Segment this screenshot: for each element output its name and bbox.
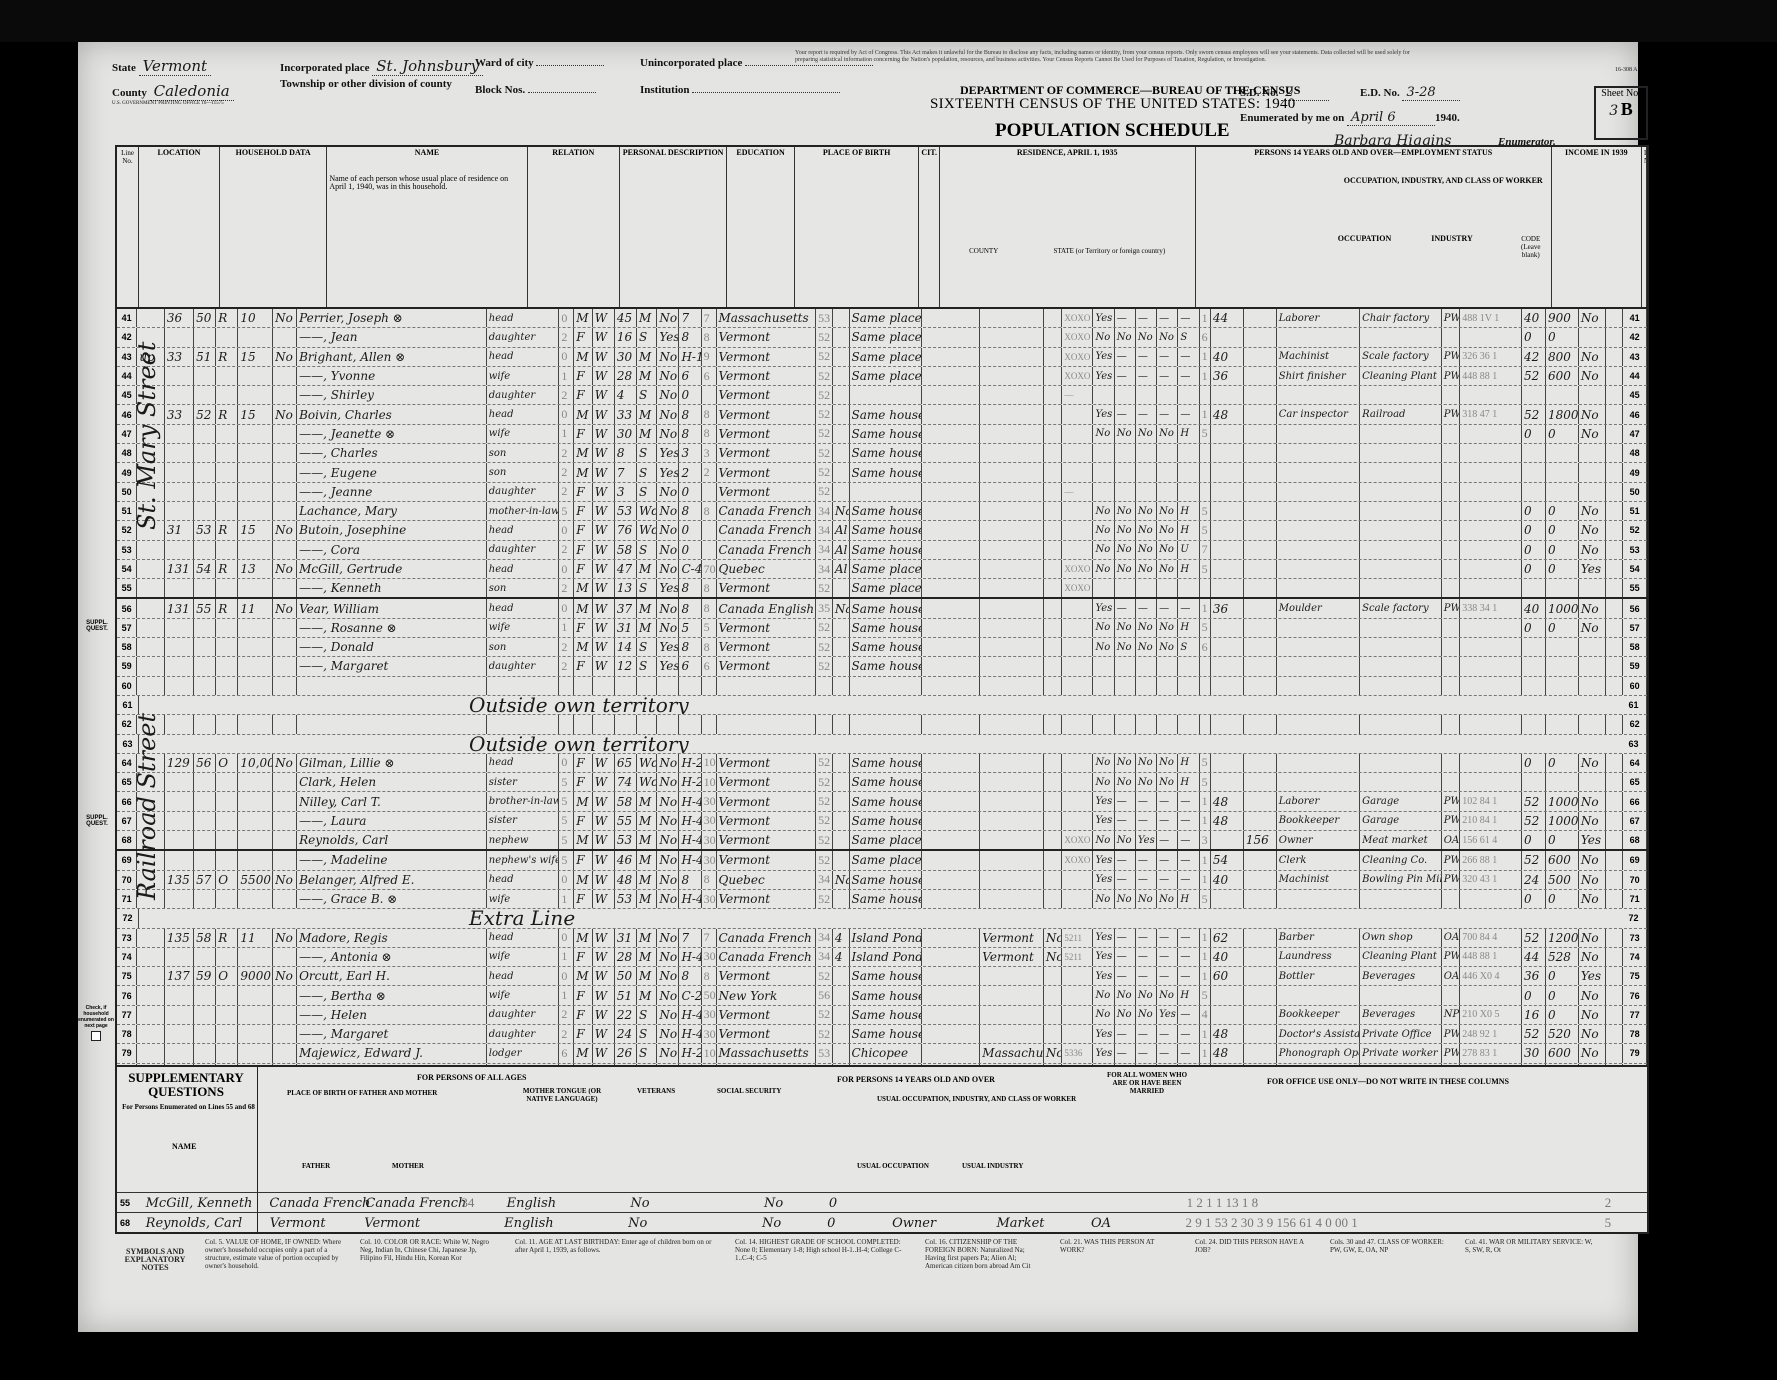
at-work: Yes — [1093, 367, 1114, 385]
age: 26 — [615, 1044, 637, 1062]
enumerated-label: Enumerated by me on — [1240, 112, 1344, 124]
sex: M — [574, 463, 593, 481]
checkbox[interactable] — [91, 1031, 101, 1041]
place-of-birth: Vermont — [717, 619, 817, 637]
education-code: 30 — [702, 812, 717, 830]
citizenship: Na — [833, 502, 850, 520]
residence-code — [1062, 967, 1093, 985]
supplementary-title: SUPPLEMENTARY QUESTIONS — [121, 1071, 251, 1099]
attended-school: No — [657, 521, 679, 539]
county-field: County Caledonia — [112, 82, 234, 101]
relation: head — [487, 871, 560, 889]
race: W — [593, 599, 615, 617]
marital-status: M — [637, 560, 657, 578]
mother-birthplace: Canada French — [362, 1196, 458, 1211]
seeking-work: — — [1136, 812, 1157, 830]
home-value — [238, 792, 273, 810]
household-number — [194, 328, 216, 346]
has-job: — — [1157, 851, 1178, 869]
relation-code: 2 — [559, 483, 574, 501]
table-row: 57——, Rosanne ⊗wife1FW31MNo55Vermont52Sa… — [117, 619, 1647, 638]
activity: S — [1178, 328, 1199, 346]
residence-county — [922, 541, 980, 559]
class-of-worker — [1442, 638, 1461, 656]
citizenship — [833, 348, 850, 366]
income: 1800 — [1546, 405, 1579, 423]
residence-city — [850, 677, 923, 695]
marital-status: S — [637, 444, 657, 462]
occupation-code: 338 34 1 — [1460, 599, 1522, 617]
note-col16: Col. 16. CITIZENSHIP OF THE FOREIGN BORN… — [925, 1238, 1045, 1270]
at-work: Yes — [1093, 1044, 1114, 1062]
residence-state — [980, 541, 1044, 559]
seeking-work: — — [1136, 851, 1157, 869]
household-number — [194, 367, 216, 385]
race: W — [593, 773, 615, 791]
race: W — [593, 348, 615, 366]
farm-schedule — [1606, 425, 1623, 443]
hdr-parents: PLACE OF BIRTH OF FATHER AND MOTHER — [287, 1089, 437, 1097]
age — [615, 715, 637, 733]
at-work: No — [1093, 638, 1114, 656]
weeks-worked: 52 — [1522, 851, 1546, 869]
household-continued-check[interactable]: Check, if household enumerated on next p… — [78, 1005, 114, 1043]
employment-code: 1 — [1200, 929, 1211, 947]
other-income — [1579, 463, 1607, 481]
line-number-right: 57 — [1623, 619, 1647, 637]
line-number: 53 — [117, 541, 137, 559]
at-work — [1093, 463, 1114, 481]
sheet-number-box: Sheet No. 3 B — [1594, 86, 1648, 140]
attended-school: No — [657, 967, 679, 985]
home-value — [238, 579, 273, 597]
social-security: No — [761, 1196, 826, 1211]
hdr-veterans: VETERANS — [637, 1087, 675, 1095]
place-of-birth: Vermont — [717, 405, 817, 423]
residence-state — [980, 715, 1044, 733]
residence-city: Same place — [850, 579, 923, 597]
highest-grade: 0 — [679, 521, 701, 539]
unemployment-duration: 156 — [1244, 831, 1277, 849]
annotation-note: Extra Line — [139, 909, 1621, 927]
line-number-right: 48 — [1623, 444, 1647, 462]
birth-code: 53 — [816, 309, 833, 327]
age: 16 — [615, 328, 637, 346]
owned-rented — [216, 677, 238, 695]
home-value — [238, 619, 273, 637]
occupation-code — [1460, 328, 1522, 346]
activity: — — [1178, 967, 1199, 985]
occupation: Laundress — [1277, 948, 1360, 966]
household-number — [194, 773, 216, 791]
marital-status: S — [637, 328, 657, 346]
industry — [1360, 483, 1442, 501]
highest-grade — [679, 715, 701, 733]
income — [1546, 657, 1579, 675]
farm-schedule — [1606, 579, 1623, 597]
occupation — [1277, 425, 1360, 443]
other-income: No — [1579, 851, 1607, 869]
street — [137, 986, 165, 1004]
occupation-code: 448 88 1 — [1460, 948, 1522, 966]
table-row: 72Extra Line72 — [117, 909, 1647, 928]
residence-code: XOXO — [1062, 367, 1093, 385]
table-row: 43up3351R15NoBrighant, Allen ⊗head0MW30M… — [117, 348, 1647, 367]
weeks-worked: 52 — [1522, 367, 1546, 385]
residence-county — [922, 967, 980, 985]
weeks-worked: 30 — [1522, 1044, 1546, 1062]
class-of-worker: PW — [1442, 812, 1461, 830]
activity — [1178, 579, 1199, 597]
residence-code: XOXO — [1062, 328, 1093, 346]
residence-county — [922, 1006, 980, 1024]
residence-county — [922, 1044, 980, 1062]
farm-residence — [273, 502, 297, 520]
household-number — [194, 677, 216, 695]
office-z: 5 — [1602, 1215, 1647, 1231]
household-number — [194, 619, 216, 637]
house-number: 137 — [165, 967, 194, 985]
household-number: 54 — [194, 560, 216, 578]
relation: head — [487, 929, 560, 947]
race: W — [593, 405, 615, 423]
house-number: 31 — [165, 521, 194, 539]
note-col21: Col. 21. WAS THIS PERSON AT WORK? — [1060, 1238, 1180, 1254]
col-name: NAME — [172, 1142, 196, 1151]
residence-county — [922, 405, 980, 423]
place-of-birth: Vermont — [717, 328, 817, 346]
residence-farm — [1044, 812, 1063, 830]
occupation — [1277, 560, 1360, 578]
citizenship — [833, 715, 850, 733]
occupation — [1277, 715, 1360, 733]
residence-code: XOXO — [1062, 560, 1093, 578]
farm-schedule — [1606, 890, 1623, 908]
residence-code: 5211 — [1062, 929, 1093, 947]
hours-worked — [1211, 579, 1244, 597]
relation: son — [487, 638, 560, 656]
home-value — [238, 328, 273, 346]
home-value — [238, 715, 273, 733]
farm-residence: No — [273, 405, 297, 423]
residence-header: RESIDENCE, APRIL 1, 1935 — [942, 149, 1193, 157]
house-number — [165, 677, 194, 695]
has-job: — — [1157, 967, 1178, 985]
income — [1546, 677, 1579, 695]
unemployment-duration — [1244, 386, 1277, 404]
line-number-right: 66 — [1623, 792, 1647, 810]
line-number-right: 62 — [1623, 715, 1647, 733]
education-code: 30 — [702, 948, 717, 966]
education-code: 10 — [702, 1044, 717, 1062]
place-of-birth: Vermont — [717, 483, 817, 501]
block-field: Block Nos. — [475, 84, 596, 96]
attended-school: No — [657, 1025, 679, 1043]
income: 1000 — [1546, 599, 1579, 617]
relation-code — [559, 715, 574, 733]
relation-code: 6 — [559, 1044, 574, 1062]
race: W — [593, 502, 615, 520]
citizenship: 4 — [833, 948, 850, 966]
residence-code: XOXO — [1062, 579, 1093, 597]
line-number-right: 74 — [1623, 948, 1647, 966]
birth-code: 52 — [816, 831, 833, 849]
owned-rented — [216, 851, 238, 869]
employment-code: 1 — [1200, 599, 1211, 617]
has-job: — — [1157, 348, 1178, 366]
household-number: 56 — [194, 754, 216, 772]
hours-worked: 36 — [1211, 367, 1244, 385]
education-code: 8 — [702, 328, 717, 346]
attended-school: No — [657, 502, 679, 520]
occupation-code — [1460, 677, 1522, 695]
public-work: — — [1115, 1044, 1136, 1062]
class-of-worker: PW — [1442, 871, 1461, 889]
seeking-work: — — [1136, 309, 1157, 327]
occupation-code — [1460, 579, 1522, 597]
residence-county — [922, 1025, 980, 1043]
occupation-code: 488 1V 1 — [1460, 309, 1522, 327]
marital-status: M — [637, 986, 657, 1004]
household-number — [194, 890, 216, 908]
seeking-work: No — [1136, 560, 1157, 578]
occupation — [1277, 638, 1360, 656]
sheet-number: 3 — [1609, 103, 1618, 119]
line-number-right: 52 — [1623, 521, 1647, 539]
occupation: Shirt finisher — [1277, 367, 1360, 385]
activity: — — [1178, 348, 1199, 366]
attended-school: No — [657, 851, 679, 869]
person-name: ——, Grace B. ⊗ — [297, 890, 487, 908]
line-number-right: 55 — [1623, 579, 1647, 597]
education-code: 7 — [702, 309, 717, 327]
explanatory-notes: SYMBOLS AND EXPLANATORY NOTES Col. 5. VA… — [115, 1238, 1645, 1308]
occupation — [1277, 483, 1360, 501]
citizenship — [833, 773, 850, 791]
activity: H — [1178, 986, 1199, 1004]
seeking-work: No — [1136, 754, 1157, 772]
unemployment-duration — [1244, 929, 1277, 947]
office-z: 2 — [1602, 1195, 1647, 1211]
residence-city: Same place — [850, 309, 923, 327]
sex: F — [574, 890, 593, 908]
occupation-code — [1460, 657, 1522, 675]
race: W — [593, 560, 615, 578]
owned-rented — [216, 1006, 238, 1024]
other-income — [1579, 579, 1607, 597]
person-name: Gilman, Lillie ⊗ — [297, 754, 487, 772]
unemployment-duration — [1244, 1025, 1277, 1043]
at-work — [1093, 715, 1114, 733]
income: 600 — [1546, 851, 1579, 869]
seeking-work — [1136, 677, 1157, 695]
farm-schedule — [1606, 831, 1623, 849]
employment-code: 1 — [1200, 405, 1211, 423]
occupation — [1277, 463, 1360, 481]
place-of-birth: Vermont — [717, 773, 817, 791]
occupation-code — [1460, 502, 1522, 520]
occupation: Doctor's Assistant — [1277, 1025, 1360, 1043]
seeking-work — [1136, 657, 1157, 675]
age: 4 — [615, 386, 637, 404]
highest-grade: 6 — [679, 367, 701, 385]
unemployment-duration — [1244, 328, 1277, 346]
public-work: No — [1115, 541, 1136, 559]
income: 0 — [1546, 541, 1579, 559]
citizenship — [833, 831, 850, 849]
house-number — [165, 715, 194, 733]
residence-state — [980, 619, 1044, 637]
owned-rented — [216, 890, 238, 908]
table-row: 61Outside own territory61 — [117, 696, 1647, 715]
birth-code: 34 — [816, 929, 833, 947]
owned-rented: O — [216, 871, 238, 889]
has-job — [1157, 463, 1178, 481]
age: 58 — [615, 541, 637, 559]
residence-state — [980, 831, 1044, 849]
household-number — [194, 483, 216, 501]
house-number — [165, 483, 194, 501]
farm-schedule — [1606, 502, 1623, 520]
education-code — [702, 483, 717, 501]
has-job: — — [1157, 831, 1178, 849]
at-work: No — [1093, 328, 1114, 346]
house-number — [165, 831, 194, 849]
employment-code — [1200, 483, 1211, 501]
residence-code — [1062, 405, 1093, 423]
residence-city — [850, 715, 923, 733]
person-name: ——, Charles — [297, 444, 487, 462]
line-number: 59 — [117, 657, 137, 675]
farm-schedule — [1606, 754, 1623, 772]
farm-residence — [273, 619, 297, 637]
line-number: 77 — [117, 1006, 137, 1024]
household-number — [194, 1006, 216, 1024]
has-job: — — [1157, 1044, 1178, 1062]
population-table: Line No. LOCATION HOUSEHOLD DATA NAMENam… — [115, 145, 1649, 1085]
occupation-code: 248 92 1 — [1460, 1025, 1522, 1043]
seeking-work: — — [1136, 367, 1157, 385]
birth-code — [816, 715, 833, 733]
residence-state — [980, 871, 1044, 889]
owned-rented — [216, 425, 238, 443]
citizenship — [833, 444, 850, 462]
hours-worked: 60 — [1211, 967, 1244, 985]
public-work: — — [1115, 967, 1136, 985]
education-code — [702, 541, 717, 559]
farm-schedule — [1606, 1025, 1623, 1043]
citizenship — [833, 986, 850, 1004]
marital-status: M — [637, 792, 657, 810]
occupation-code: 700 84 4 — [1460, 929, 1522, 947]
age: 8 — [615, 444, 637, 462]
unemployment-duration — [1244, 348, 1277, 366]
other-income: No — [1579, 348, 1607, 366]
weeks-worked: 52 — [1522, 812, 1546, 830]
relation-code: 0 — [559, 929, 574, 947]
farm-schedule — [1606, 386, 1623, 404]
education-code: 30 — [702, 1025, 717, 1043]
race: W — [593, 579, 615, 597]
occupation — [1277, 773, 1360, 791]
has-job — [1157, 579, 1178, 597]
occupation-code: 266 88 1 — [1460, 851, 1522, 869]
marital-status: Wd — [637, 754, 657, 772]
residence-state — [980, 521, 1044, 539]
farm-schedule — [1606, 367, 1623, 385]
incorporated-place-field: Incorporated place St. Johnsbury — [280, 57, 483, 76]
has-job: No — [1157, 619, 1178, 637]
home-value — [238, 986, 273, 1004]
age: 74 — [615, 773, 637, 791]
residence-code: 5336 — [1062, 1044, 1093, 1062]
residence-code: XOXO — [1062, 348, 1093, 366]
hdr-14: FOR PERSONS 14 YEARS OLD AND OVER — [837, 1075, 995, 1084]
col-line-no: Line No. — [117, 147, 139, 307]
occupation-col-header: OCCUPATION — [1338, 235, 1391, 259]
sex: M — [574, 444, 593, 462]
age — [615, 677, 637, 695]
residence-code — [1062, 677, 1093, 695]
sex: M — [574, 348, 593, 366]
household-number — [194, 831, 216, 849]
sex: F — [574, 386, 593, 404]
weeks-worked: 36 — [1522, 967, 1546, 985]
birth-code: 52 — [816, 812, 833, 830]
residence-state — [980, 444, 1044, 462]
employment-header: PERSONS 14 YEARS OLD AND OVER—EMPLOYMENT… — [1198, 149, 1549, 157]
col-group-name: NAMEName of each person whose usual plac… — [327, 147, 527, 307]
street — [137, 1044, 165, 1062]
industry — [1360, 638, 1442, 656]
relation-code: 5 — [559, 792, 574, 810]
relation-code: 0 — [559, 599, 574, 617]
relation: son — [487, 444, 560, 462]
race: W — [593, 657, 615, 675]
residence-farm — [1044, 579, 1063, 597]
occupation: Clerk — [1277, 851, 1360, 869]
table-row: 45——, Shirleydaughter2FW4SNo0Vermont52—4… — [117, 386, 1647, 405]
residence-city: Same house — [850, 967, 923, 985]
weeks-worked — [1522, 579, 1546, 597]
residence-city: Same house — [850, 1025, 923, 1043]
citizenship: Al — [833, 521, 850, 539]
line-number: 41 — [117, 309, 137, 327]
line-number: 78 — [117, 1025, 137, 1043]
marital-status: M — [637, 619, 657, 637]
house-number — [165, 1006, 194, 1024]
attended-school: No — [657, 792, 679, 810]
line-number-right: 67 — [1623, 812, 1647, 830]
public-work — [1115, 463, 1136, 481]
age: 30 — [615, 425, 637, 443]
citizenship — [833, 579, 850, 597]
line-number-right: 41 — [1623, 309, 1647, 327]
person-name: ——, Eugene — [297, 463, 487, 481]
birth-code: 52 — [816, 890, 833, 908]
farm-residence — [273, 1025, 297, 1043]
line-number: 72 — [117, 909, 139, 927]
line-number-right: 60 — [1623, 677, 1647, 695]
supplementary-questions: SUPPLEMENTARY QUESTIONS For Persons Enum… — [115, 1065, 1649, 1234]
unemployment-duration — [1244, 890, 1277, 908]
residence-state — [980, 599, 1044, 617]
employment-code: 1 — [1200, 851, 1211, 869]
marital-status: M — [637, 812, 657, 830]
birth-code: 52 — [816, 444, 833, 462]
relation: daughter — [487, 657, 560, 675]
relation-code: 2 — [559, 1025, 574, 1043]
